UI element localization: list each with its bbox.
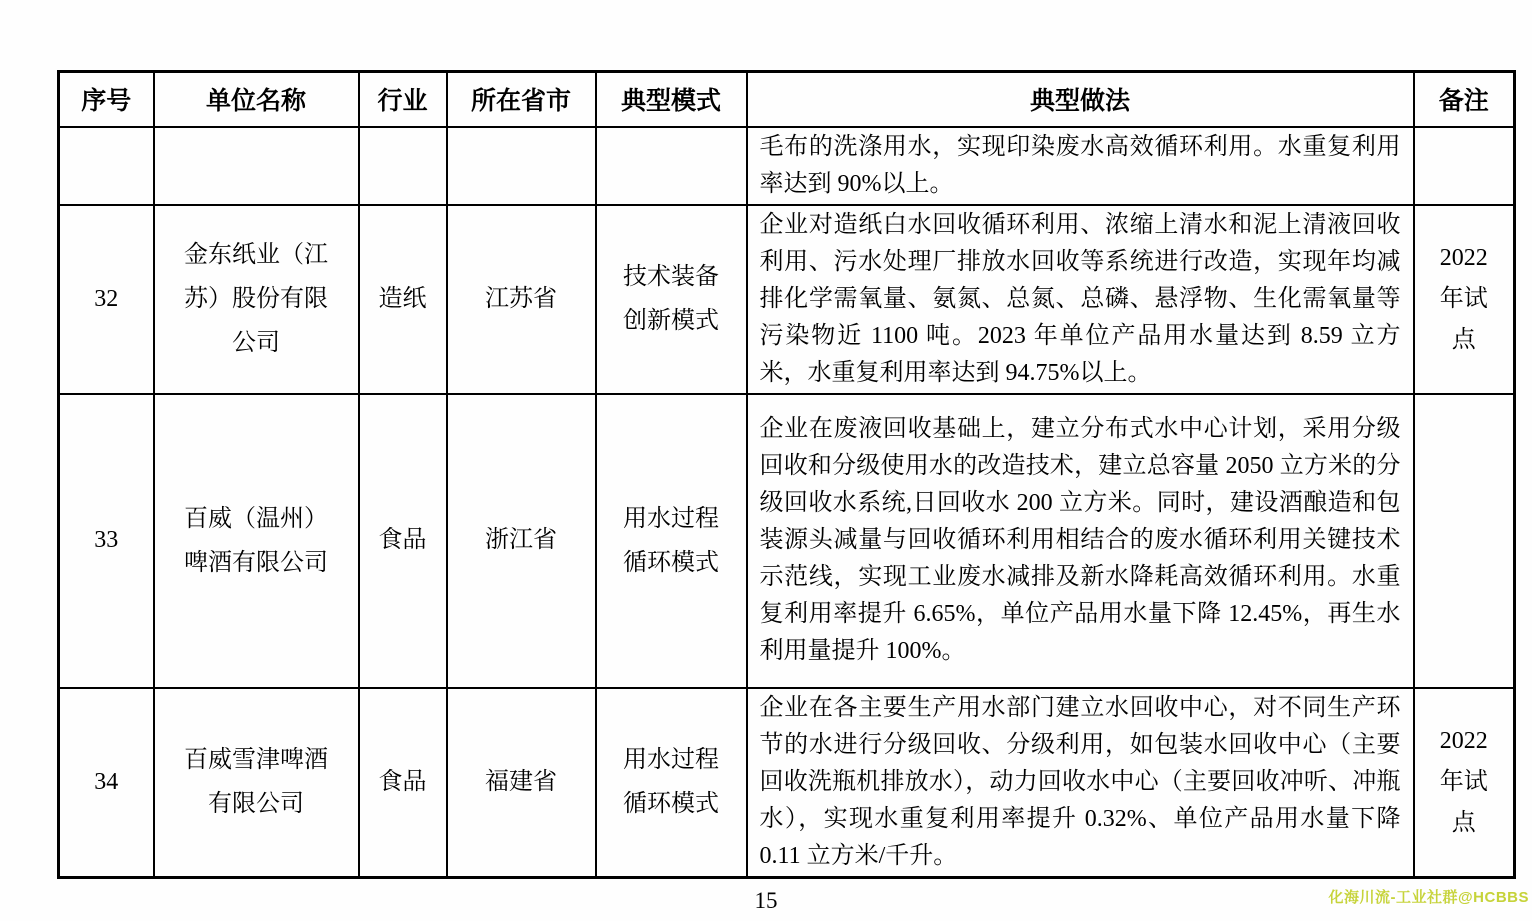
cell-seq [59,127,154,205]
cell-remark [1414,394,1515,688]
cell-practice: 企业在废液回收基础上，建立分布式水中心计划，采用分级回收和分级使用水的改造技术，… [747,394,1414,688]
cell-practice: 企业在各主要生产用水部门建立水回收中心，对不同生产环节的水进行分级回收、分级利用… [747,688,1414,878]
cell-industry [359,127,447,205]
table-header-row: 序号 单位名称 行业 所在省市 典型模式 典型做法 备注 [59,72,1515,127]
cell-industry: 造纸 [359,205,447,394]
cell-name: 百威雪津啤酒有限公司 [154,688,359,878]
cell-practice: 毛布的洗涤用水，实现印染废水高效循环利用。水重复利用率达到 90%以上。 [747,127,1414,205]
col-header-seq: 序号 [59,72,154,127]
cell-province: 江苏省 [447,205,596,394]
col-header-industry: 行业 [359,72,447,127]
cell-province: 浙江省 [447,394,596,688]
col-header-mode: 典型模式 [596,72,747,127]
cell-mode: 技术装备创新模式 [596,205,747,394]
cell-name: 百威（温州）啤酒有限公司 [154,394,359,688]
water-efficiency-table: 序号 单位名称 行业 所在省市 典型模式 典型做法 备注 毛布的洗涤用水，实现印… [57,70,1516,879]
cell-remark: 2022年试点 [1414,205,1515,394]
col-header-name: 单位名称 [154,72,359,127]
cell-remark: 2022年试点 [1414,688,1515,878]
watermark: 化海川流-工业社群@HCBBS [1329,886,1529,907]
cell-mode: 用水过程循环模式 [596,394,747,688]
table-row-34: 34 百威雪津啤酒有限公司 食品 福建省 用水过程循环模式 企业在各主要生产用水… [59,688,1515,878]
col-header-practice: 典型做法 [747,72,1414,127]
cell-practice: 企业对造纸白水回收循环利用、浓缩上清水和泥上清液回收利用、污水处理厂排放水回收等… [747,205,1414,394]
cell-name [154,127,359,205]
table-row-32: 32 金东纸业（江苏）股份有限公司 造纸 江苏省 技术装备创新模式 企业对造纸白… [59,205,1515,394]
cell-province: 福建省 [447,688,596,878]
cell-mode: 用水过程循环模式 [596,688,747,878]
cell-province [447,127,596,205]
cell-mode [596,127,747,205]
table-row-33: 33 百威（温州）啤酒有限公司 食品 浙江省 用水过程循环模式 企业在废液回收基… [59,394,1515,688]
cell-remark [1414,127,1515,205]
cell-seq: 32 [59,205,154,394]
cell-seq: 34 [59,688,154,878]
table-row-continuation: 毛布的洗涤用水，实现印染废水高效循环利用。水重复利用率达到 90%以上。 [59,127,1515,205]
col-header-province: 所在省市 [447,72,596,127]
document-page: 序号 单位名称 行业 所在省市 典型模式 典型做法 备注 毛布的洗涤用水，实现印… [0,0,1532,921]
cell-name: 金东纸业（江苏）股份有限公司 [154,205,359,394]
cell-industry: 食品 [359,394,447,688]
col-header-remark: 备注 [1414,72,1515,127]
page-number: 15 [0,888,1532,914]
cell-industry: 食品 [359,688,447,878]
cell-seq: 33 [59,394,154,688]
